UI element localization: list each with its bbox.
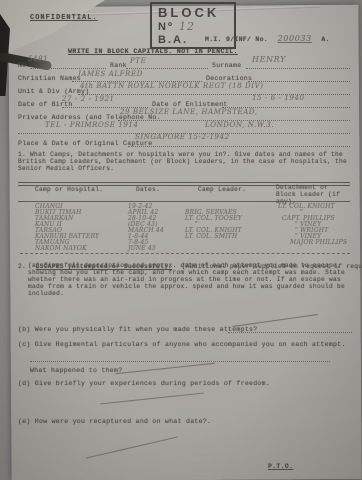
stamp-word: BLOCK [158, 6, 228, 20]
question-1-text: 1. What Camps, Detachments or hospitals … [18, 152, 352, 173]
address-value: 29 BELSIZE LANE, HAMPSTEAD, [120, 108, 258, 116]
enlistment-label: Date of Enlistment [152, 101, 228, 108]
cell-leader: LT. COL. TOOSEY [185, 215, 242, 222]
dotted-line [246, 67, 350, 69]
cell-leader: LT. COL. SMITH [185, 233, 237, 240]
stamp-no-label: Nº [158, 21, 174, 33]
q2c-text: (c) Give Regimental particulars of anyon… [18, 341, 346, 348]
rank-label: Rank [110, 62, 127, 69]
cell-block: LT. COL. KNIGHT [278, 203, 335, 210]
pto-mark: P.T.O. [268, 463, 293, 470]
col-header-leader: Camp Leader. [198, 187, 246, 194]
dotted-line [30, 360, 330, 362]
stamp-number: 12 [179, 20, 195, 33]
surname-value: HENRY [252, 55, 286, 64]
christian-names-value: JAMES ALFRED [78, 70, 143, 78]
surname-label: Surname [212, 62, 241, 69]
reference-prefix: M.I. 9/INF/ No. [205, 36, 268, 43]
q2e-text: (e) How were you recaptured and on what … [18, 418, 211, 425]
dob-value: 27 - 2 - 1921 [62, 95, 115, 103]
dotted-line [78, 93, 350, 95]
col-header-dates: Dates. [136, 187, 160, 194]
unit-value: 4th BATTN ROYAL NORFOLK REGT (18 DIV) [80, 82, 264, 90]
enlistment-value: 15 - 6 - 1940 [252, 94, 305, 102]
dotted-line [30, 67, 106, 69]
q2b-text: (b) Were you physically fit when you mad… [18, 326, 257, 333]
reference-suffix: A. [321, 36, 329, 43]
no-value: 5491 [28, 55, 48, 63]
form-title: WRITE IN BLOCK CAPITALS. NOT IN PENCIL. [68, 48, 238, 55]
reference-number: 200033 [278, 34, 312, 43]
capture-value: SINGAPORE 15-2-1942 [135, 133, 230, 141]
rank-value: PTE [130, 57, 146, 65]
dotted-line [128, 145, 350, 147]
table-header-rule [18, 201, 350, 202]
col-header-camp: Camp or Hospital. [35, 187, 103, 194]
q2-number: 2. [18, 263, 26, 270]
cell-block: MAJOR PHILLIPS [290, 239, 347, 246]
telephone-value: TEL - PRIMROSE 1914 [45, 121, 139, 129]
cell-camp: NAKOM NAYOK [35, 245, 87, 252]
address-city-value: LONDON, N.W.3. [205, 121, 274, 129]
cell-dates: JUNE 45 [128, 245, 156, 252]
dotted-line [126, 67, 208, 69]
q2c2-text: What happened to them? [30, 367, 122, 374]
q2a-text: (a) Give full description and approx. da… [28, 263, 354, 298]
classification-text: CONFIDENTIAL. [30, 15, 98, 22]
q2d-text: (d) Give briefly your experiences during… [18, 380, 270, 387]
no-label: No. [18, 62, 31, 69]
dotted-line [228, 331, 352, 333]
decorations-label: Decorations [206, 75, 252, 82]
table-bottom-dash [20, 252, 350, 254]
scanned-document-photo: CONFIDENTIAL. BLOCK Nº 12 B.A. M.I. 9/IN… [0, 0, 362, 480]
